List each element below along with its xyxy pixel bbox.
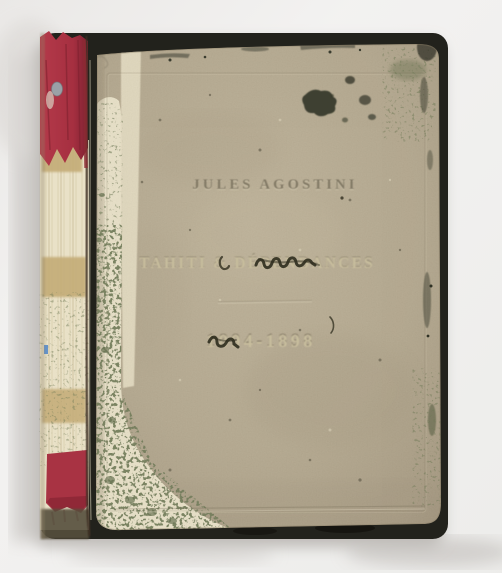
spine-paper-fleck	[46, 91, 54, 109]
page-block-shadow	[233, 527, 277, 535]
cast-shadow-bottom	[65, 543, 275, 565]
front-cover	[90, 30, 450, 535]
spine-tan-band	[42, 257, 86, 297]
book: JULES AGOSTINI JULES AGOSTINI TAHITI & D…	[40, 30, 450, 539]
ink-dot	[340, 196, 343, 199]
photo-canvas: JULES AGOSTINI JULES AGOSTINI TAHITI & D…	[0, 0, 502, 573]
spine-left-shade	[40, 33, 45, 539]
spine-tail-dark	[41, 509, 89, 539]
spine-mottle	[42, 300, 86, 460]
book-spine	[40, 31, 89, 539]
spine-gray-spot	[52, 82, 63, 96]
embossed-author-text: JULES AGOSTINI	[192, 177, 357, 193]
book-photograph: JULES AGOSTINI JULES AGOSTINI TAHITI & D…	[0, 0, 502, 573]
